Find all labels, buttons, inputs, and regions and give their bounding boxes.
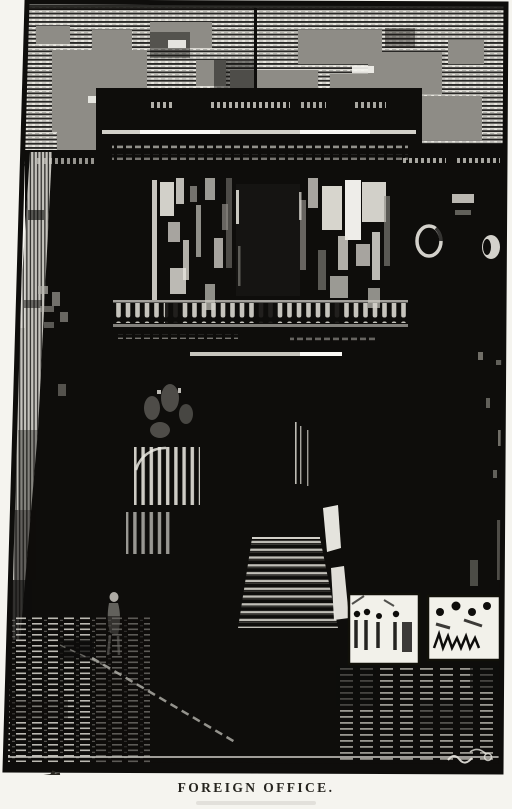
- pavement-left: [8, 616, 150, 766]
- engraving-illustration: [0, 0, 512, 775]
- ledge-highlight: [190, 352, 342, 356]
- poster-right: [428, 596, 500, 660]
- caption-ink-smudge: [196, 801, 316, 805]
- oculus-window-right: [482, 235, 500, 259]
- bottom-inner-line: [8, 756, 500, 758]
- printed-page: FOREIGN OFFICE.: [0, 0, 512, 809]
- flagpole: [254, 8, 257, 92]
- central-window: [236, 184, 302, 296]
- poster-left: [349, 594, 419, 664]
- figure-caption: FOREIGN OFFICE.: [0, 780, 512, 796]
